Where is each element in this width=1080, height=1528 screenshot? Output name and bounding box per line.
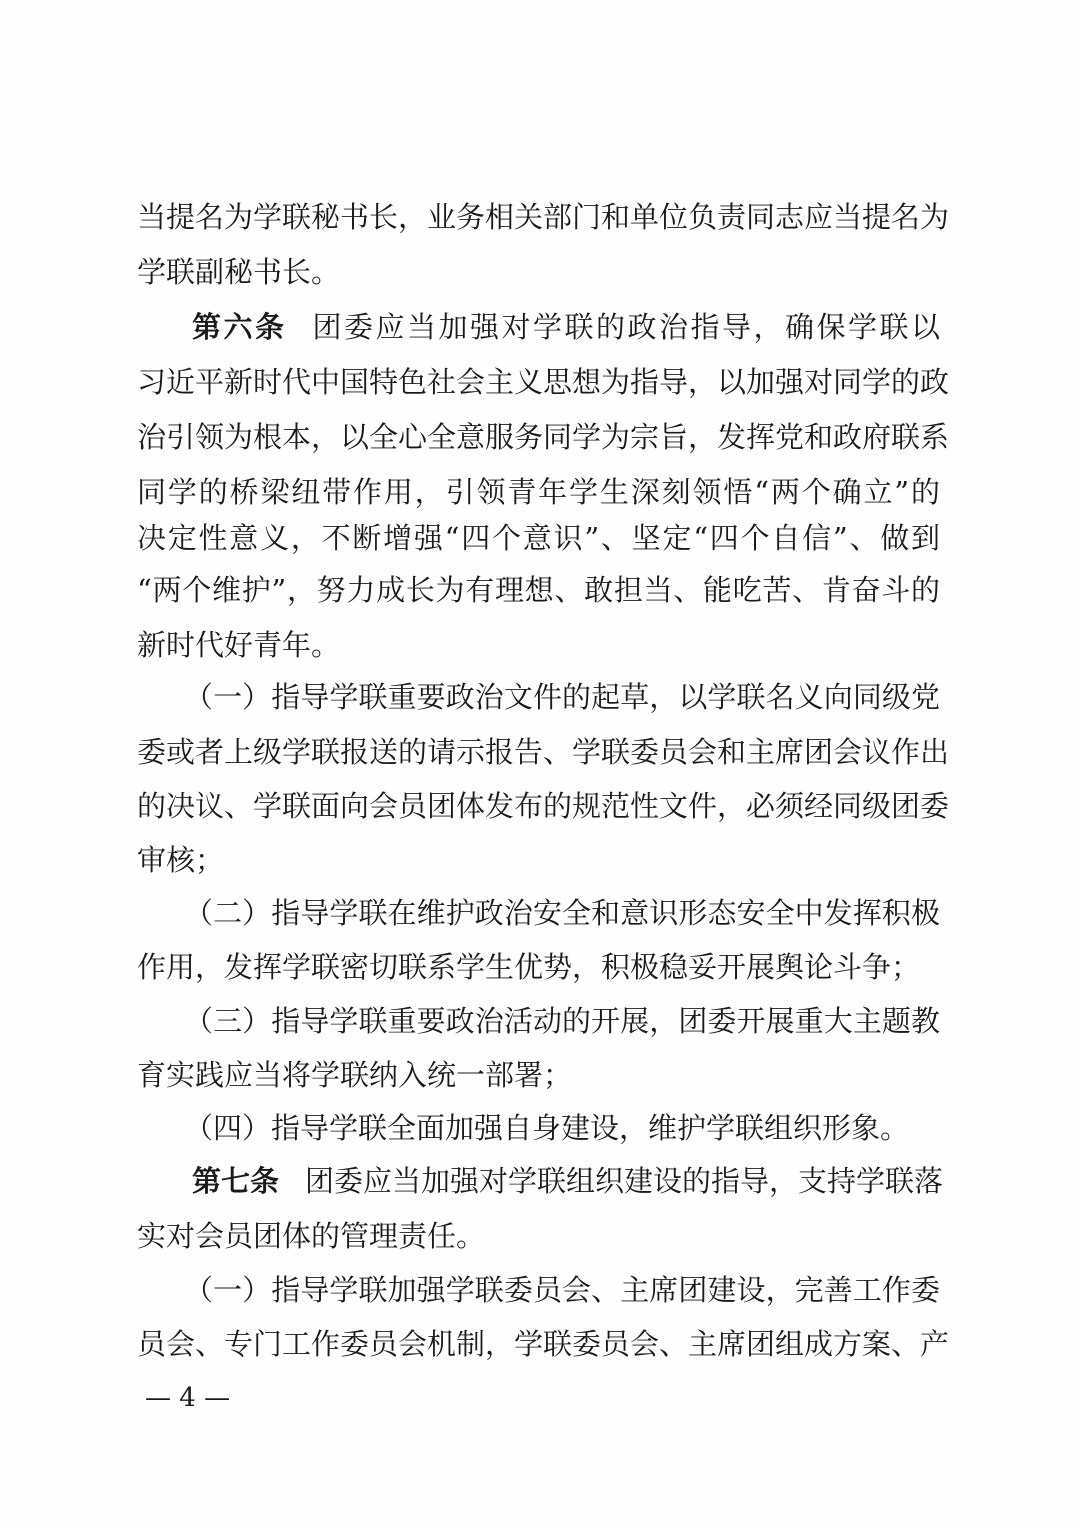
text-line: 治引领为根本，以全心全意服务同学为宗旨，发挥党和政府联系 xyxy=(137,417,940,457)
item-first-line: （一）指导学联重要政治文件的起草，以学联名义向同级党 xyxy=(184,677,940,717)
text-line: 同学的桥梁纽带作用，引领青年学生深刻领悟“两个确立”的 xyxy=(137,472,940,512)
text-line: “两个维护”，努力成长为有理想、敢担当、能吃苦、肯奋斗的 xyxy=(137,570,940,610)
item-first-line: （一）指导学联加强学联委员会、主席团建设，完善工作委 xyxy=(184,1270,940,1310)
article-label: 第六条 xyxy=(192,310,287,344)
text-line: 员会、专门工作委员会机制，学联委员会、主席团组成方案、产 xyxy=(137,1324,940,1364)
item-first-line: （二）指导学联在维护政治安全和意识形态安全中发挥积极 xyxy=(184,893,940,933)
text-span: 团委应当加强对学联的政治指导，确保学联以 xyxy=(313,310,940,344)
text-line: 学联副秘书长。 xyxy=(137,252,940,292)
text-line: 育实践应当将学联纳入统一部署； xyxy=(137,1055,940,1095)
text-line: 新时代好青年。 xyxy=(137,625,940,665)
text-span: 团委应当加强对学联组织建设的指导，支持学联落 xyxy=(305,1164,943,1198)
article-7-first-line: 第七条团委应当加强对学联组织建设的指导，支持学联落 xyxy=(192,1161,940,1201)
article-6-first-line: 第六条团委应当加强对学联的政治指导，确保学联以 xyxy=(192,307,940,347)
page-number: — 4 — xyxy=(145,1380,230,1416)
text-line: 当提名为学联秘书长，业务相关部门和单位负责同志应当提名为 xyxy=(137,197,940,237)
text-line: 作用，发挥学联密切联系学生优势，积极稳妥开展舆论斗争； xyxy=(137,947,940,987)
text-line: 决定性意义，不断增强“四个意识”、坚定“四个自信”、做到 xyxy=(137,518,940,558)
item-first-line: （三）指导学联重要政治活动的开展，团委开展重大主题教 xyxy=(184,1001,940,1041)
text-line: 审核； xyxy=(137,840,940,880)
text-line: 委或者上级学联报送的请示报告、学联委员会和主席团会议作出 xyxy=(137,732,940,772)
document-page: 当提名为学联秘书长，业务相关部门和单位负责同志应当提名为 学联副秘书长。 第六条… xyxy=(0,0,1080,1528)
text-line: 实对会员团体的管理责任。 xyxy=(137,1216,940,1256)
item-first-line: （四）指导学联全面加强自身建设，维护学联组织形象。 xyxy=(184,1108,940,1148)
article-label: 第七条 xyxy=(192,1164,279,1198)
text-line: 习近平新时代中国特色社会主义思想为指导，以加强对同学的政 xyxy=(137,362,940,402)
text-line: 的决议、学联面向会员团体发布的规范性文件，必须经同级团委 xyxy=(137,786,940,826)
